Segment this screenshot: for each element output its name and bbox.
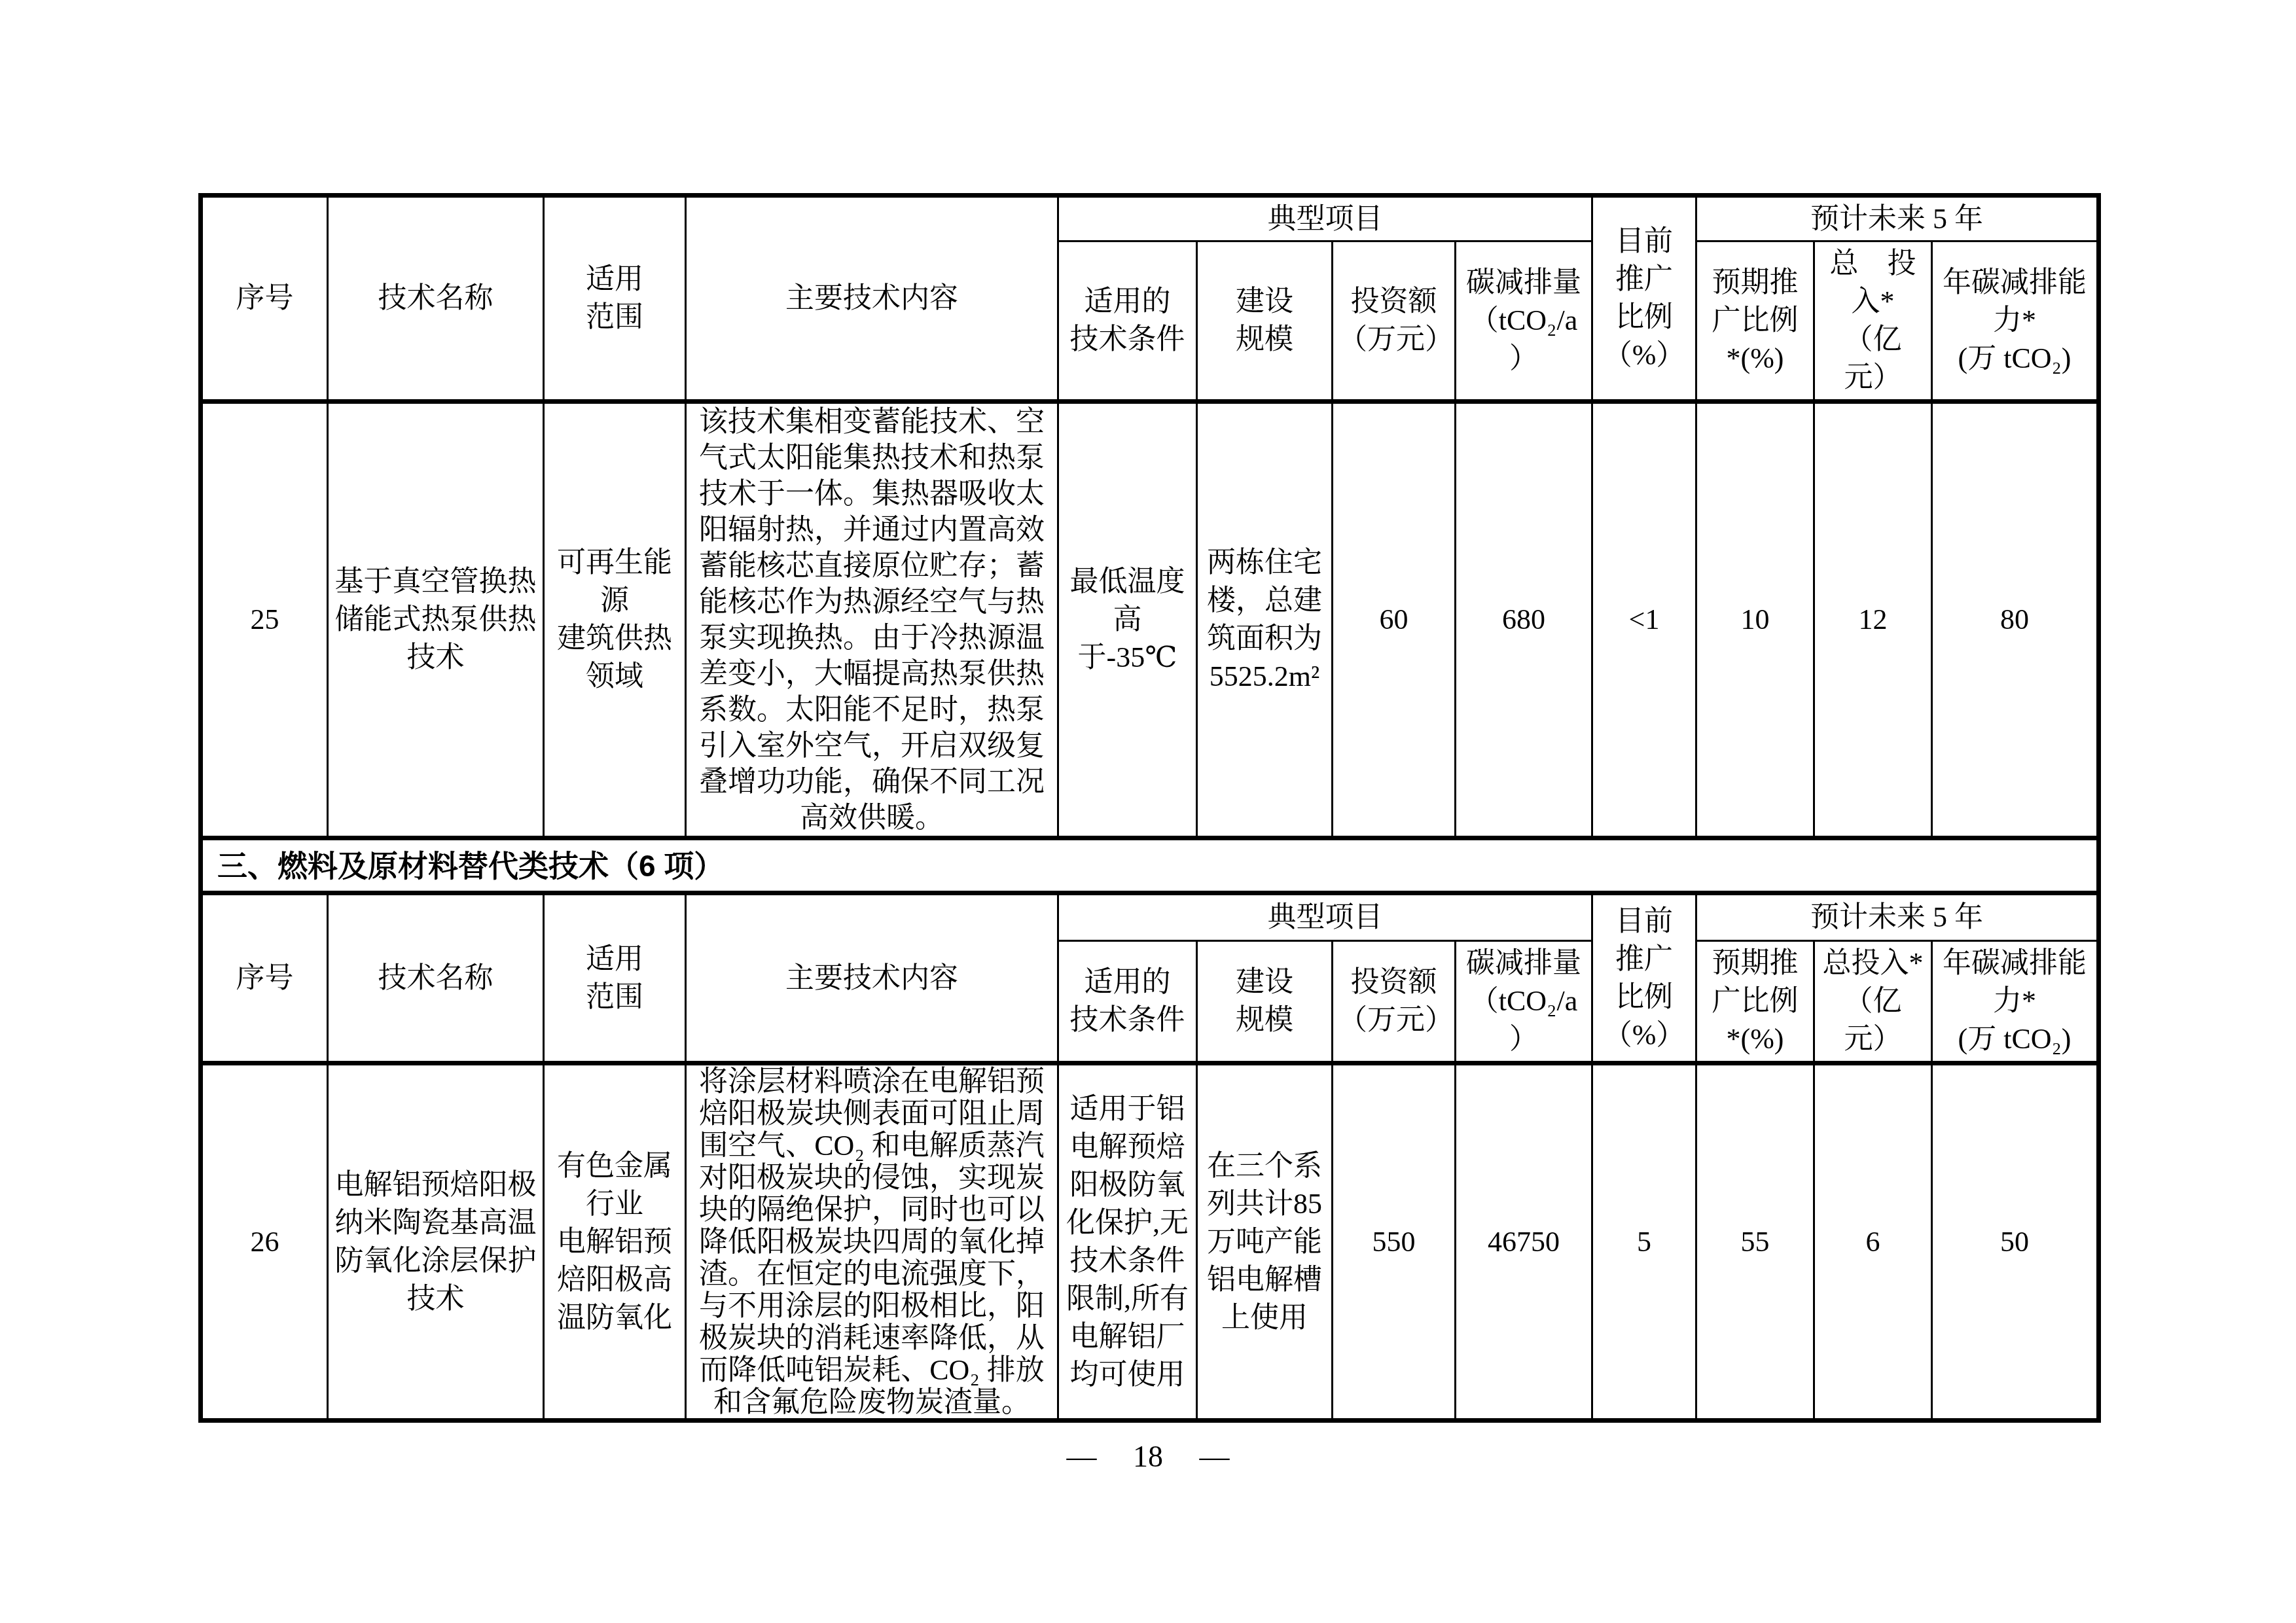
header-typical-project: 典型项目 — [1058, 196, 1592, 241]
header-carbon-reduction: 碳减排量 （tCO₂/a ） — [1456, 241, 1592, 402]
header-annual-capacity: 年碳减排能 力* (万 tCO₂) — [1932, 941, 2099, 1063]
page-number: — 18 — — [0, 1437, 2296, 1476]
header-scope: 适用 范围 — [544, 893, 686, 1063]
header-typical-project: 典型项目 — [1058, 893, 1592, 941]
cell-scope: 有色金属行业 电解铝预焙阳极高温防氧化 — [544, 1063, 686, 1421]
header-expected-ratio: 预期推 广比例 *(%) — [1696, 241, 1814, 402]
header-investment: 投资额 （万元） — [1333, 941, 1456, 1063]
header-applicable-cond: 适用的 技术条件 — [1058, 941, 1197, 1063]
cell-annual-capacity: 80 — [1932, 402, 2099, 838]
table-row: 26 电解铝预焙阳极纳米陶瓷基高温防氧化涂层保护技术 有色金属行业 电解铝预焙阳… — [201, 1063, 2099, 1421]
cell-carbon-reduction: 680 — [1456, 402, 1592, 838]
cell-expected-ratio: 10 — [1696, 402, 1814, 838]
header-main-content: 主要技术内容 — [686, 196, 1058, 402]
cell-seq: 25 — [201, 402, 328, 838]
header-seq: 序号 — [201, 893, 328, 1063]
cell-tech-name: 电解铝预焙阳极纳米陶瓷基高温防氧化涂层保护技术 — [328, 1063, 544, 1421]
header-investment: 投资额 （万元） — [1333, 241, 1456, 402]
cell-annual-capacity: 50 — [1932, 1063, 2099, 1421]
header-tech-name: 技术名称 — [328, 196, 544, 402]
section-header-row: 三、燃料及原材料替代类技术（6 项） — [201, 838, 2099, 893]
cell-current-ratio: 5 — [1592, 1063, 1696, 1421]
cell-carbon-reduction: 46750 — [1456, 1063, 1592, 1421]
header-current-ratio: 目前 推广 比例 （%） — [1592, 893, 1696, 1063]
technology-table: 序号 技术名称 适用 范围 主要技术内容 典型项目 目前 推广 比例 （%） 预… — [198, 193, 2101, 1423]
cell-applicable-cond: 最低温度高于-35℃ — [1058, 402, 1197, 838]
header-seq: 序号 — [201, 196, 328, 402]
header-future-5yr: 预计未来 5 年 — [1696, 196, 2099, 241]
header-future-5yr: 预计未来 5 年 — [1696, 893, 2099, 941]
cell-applicable-cond: 适用于铝电解预焙阳极防氧化保护,无技术条件限制,所有电解铝厂均可使用 — [1058, 1063, 1197, 1421]
cell-investment: 60 — [1333, 402, 1456, 838]
header-applicable-cond: 适用的 技术条件 — [1058, 241, 1197, 402]
cell-scope: 可再生能源 建筑供热领域 — [544, 402, 686, 838]
header-total-investment: 总 投 入* （亿 元） — [1814, 241, 1932, 402]
header-tech-name: 技术名称 — [328, 893, 544, 1063]
header-build-scale: 建设 规模 — [1197, 941, 1333, 1063]
header-current-ratio: 目前 推广 比例 （%） — [1592, 196, 1696, 402]
cell-investment: 550 — [1333, 1063, 1456, 1421]
header-annual-capacity: 年碳减排能 力* (万 tCO₂) — [1932, 241, 2099, 402]
cell-tech-name: 基于真空管换热储能式热泵供热技术 — [328, 402, 544, 838]
header-total-investment: 总投入* （亿 元） — [1814, 941, 1932, 1063]
table-header-band-2: 序号 技术名称 适用 范围 主要技术内容 典型项目 目前 推广 比例 （%） 预… — [201, 893, 2099, 941]
header-expected-ratio: 预期推 广比例 *(%) — [1696, 941, 1814, 1063]
cell-build-scale: 两栋住宅楼，总建筑面积为5525.2m² — [1197, 402, 1333, 838]
document-page: 序号 技术名称 适用 范围 主要技术内容 典型项目 目前 推广 比例 （%） 预… — [0, 0, 2296, 1623]
cell-main-content: 该技术集相变蓄能技术、空气式太阳能集热技术和热泵技术于一体。集热器吸收太阳辐射热… — [686, 402, 1058, 838]
cell-build-scale: 在三个系列共计85万吨产能铝电解槽上使用 — [1197, 1063, 1333, 1421]
cell-expected-ratio: 55 — [1696, 1063, 1814, 1421]
table-header-band-1: 序号 技术名称 适用 范围 主要技术内容 典型项目 目前 推广 比例 （%） 预… — [201, 196, 2099, 241]
section-title: 三、燃料及原材料替代类技术（6 项） — [201, 838, 2099, 893]
cell-current-ratio: <1 — [1592, 402, 1696, 838]
cell-main-content: 将涂层材料喷涂在电解铝预焙阳极炭块侧表面可阻止周围空气、CO₂ 和电解质蒸汽对阳… — [686, 1063, 1058, 1421]
table-row: 25 基于真空管换热储能式热泵供热技术 可再生能源 建筑供热领域 该技术集相变蓄… — [201, 402, 2099, 838]
header-build-scale: 建设 规模 — [1197, 241, 1333, 402]
header-scope: 适用 范围 — [544, 196, 686, 402]
cell-total-investment: 12 — [1814, 402, 1932, 838]
header-carbon-reduction: 碳减排量 （tCO₂/a ） — [1456, 941, 1592, 1063]
cell-total-investment: 6 — [1814, 1063, 1932, 1421]
header-main-content: 主要技术内容 — [686, 893, 1058, 1063]
cell-seq: 26 — [201, 1063, 328, 1421]
